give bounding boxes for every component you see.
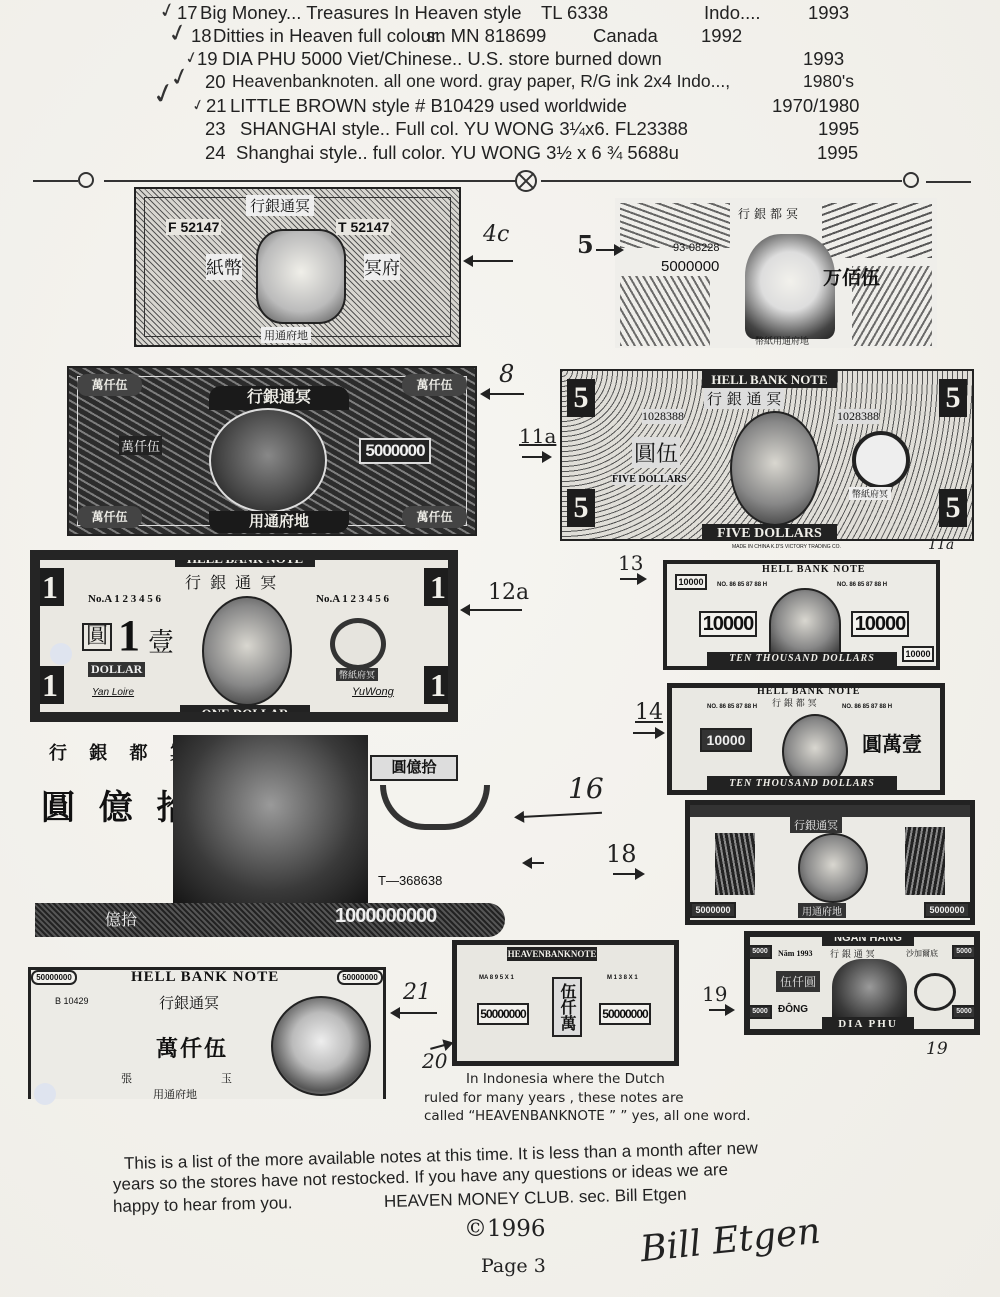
list-item: 24 Shanghai style.. full color. YU WONG … [0, 141, 1000, 164]
arrow-icon [633, 732, 663, 734]
figure-illustration [905, 827, 945, 895]
portrait [769, 588, 841, 660]
checkmark-icon: ✓ [189, 93, 207, 118]
checkmark-icon: ✓ [165, 20, 190, 47]
arrow-icon [613, 873, 643, 875]
note-label: 14 [635, 700, 663, 725]
banknote-8: 萬仟伍 萬仟伍 萬仟伍 萬仟伍 行銀通冥 萬仟伍 5000000 用通府地 [67, 366, 477, 536]
arrow-icon [596, 249, 622, 251]
punch-hole [34, 1083, 56, 1105]
ring-icon [903, 172, 919, 188]
copyright: ©1996 [464, 1216, 546, 1242]
arrow-icon [516, 812, 602, 818]
banknote-12a: HELL BANK NOTE 行 銀 通 冥 No.A 1 2 3 4 5 6 … [30, 550, 458, 722]
note-label: 19 [926, 1039, 948, 1059]
banknote-18: 行銀通冥 用通府地 5000000 5000000 [685, 800, 975, 925]
portrait [798, 833, 868, 903]
arrow-icon [482, 393, 524, 395]
banknote-19: NGAN HANG Năm 1993 行 銀 通 冥 沙加爾底 5000 500… [744, 931, 980, 1035]
arrow-icon [522, 456, 550, 458]
arrow-icon [462, 609, 522, 611]
portrait [745, 234, 835, 339]
signature: Bill Etgen [638, 1211, 822, 1271]
page-number: Page 3 [481, 1255, 546, 1277]
note-label: 11a [519, 424, 556, 448]
arrow-icon [524, 862, 544, 864]
ornament [380, 785, 490, 830]
banknote-20: HEAVENBANKNOTE MA 8 9 5 X 1 M 1 3 8 X 1 … [452, 940, 679, 1066]
list-item: ✓ 19 DIA PHU 5000 Viet/Chinese.. U.S. st… [0, 47, 1000, 70]
punch-hole [50, 643, 72, 665]
portrait [202, 596, 292, 706]
note-label: 21 [403, 980, 431, 1005]
arrow-icon [465, 260, 513, 262]
note-label: 19 [702, 982, 727, 1006]
note-label: 18 [606, 840, 637, 868]
list-item: ✓ ✓ 21 LITTLE BROWN style # B10429 used … [0, 94, 1000, 117]
flower-illustration [620, 276, 710, 346]
portrait [271, 996, 371, 1096]
note-label: 16 [568, 772, 604, 805]
figure-illustration [715, 833, 755, 895]
note-label: 8 [499, 360, 514, 388]
list-item: 23 SHANGHAI style.. Full col. YU WONG 3¼… [0, 117, 1000, 140]
note-label: 11a [928, 537, 954, 553]
arrow-icon [709, 1009, 733, 1011]
dragon-illustration [822, 203, 932, 258]
list-item: ✓ 18 Ditties in Heaven full colour. sn M… [0, 24, 1000, 47]
banknote-11a: HELL BANK NOTE 行 銀 通 冥 1028388 1028388 5… [560, 369, 974, 541]
note-label: 12a [488, 580, 529, 605]
seal [914, 973, 956, 1011]
portrait [256, 229, 346, 324]
portrait [173, 735, 368, 910]
crossed-circle-icon [515, 170, 537, 192]
ring-icon [78, 172, 94, 188]
banknote-4c: 行銀通冥 F 52147 T 52147 紙幣 冥府 用通府地 [134, 187, 461, 347]
note-label: 13 [618, 551, 643, 575]
seal [852, 431, 910, 489]
note-label: 20 [422, 1049, 447, 1073]
list-item: ✓ 17 Big Money... Treasures In Heaven st… [0, 1, 1000, 24]
portrait [209, 408, 327, 513]
banknote-5: 行銀都冥 93-08228 5000000 万佰伍 幣紙用通府地 [615, 198, 937, 348]
banknote-21: 50000000 50000000 HELL BANK NOTE B 10429… [28, 967, 386, 1099]
banknote-14: HELL BANK NOTE 行 銀 都 冥 NO. 86 85 87 88 H… [667, 683, 945, 795]
note-label: 4c [483, 222, 509, 247]
banknote-13: HELL BANK NOTE NO. 86 85 87 88 H NO. 86 … [663, 560, 940, 670]
arrow-icon [392, 1012, 437, 1014]
portrait [730, 411, 820, 526]
note-label: 5 [577, 230, 594, 259]
newsletter-page: ✓ 17 Big Money... Treasures In Heaven st… [0, 0, 1000, 1297]
banknote-16: 行 銀 都 冥 圓 億 拾 圓億拾 T—368638 億拾 1000000000 [35, 735, 505, 947]
seal [330, 618, 386, 670]
arrow-icon [620, 578, 645, 580]
